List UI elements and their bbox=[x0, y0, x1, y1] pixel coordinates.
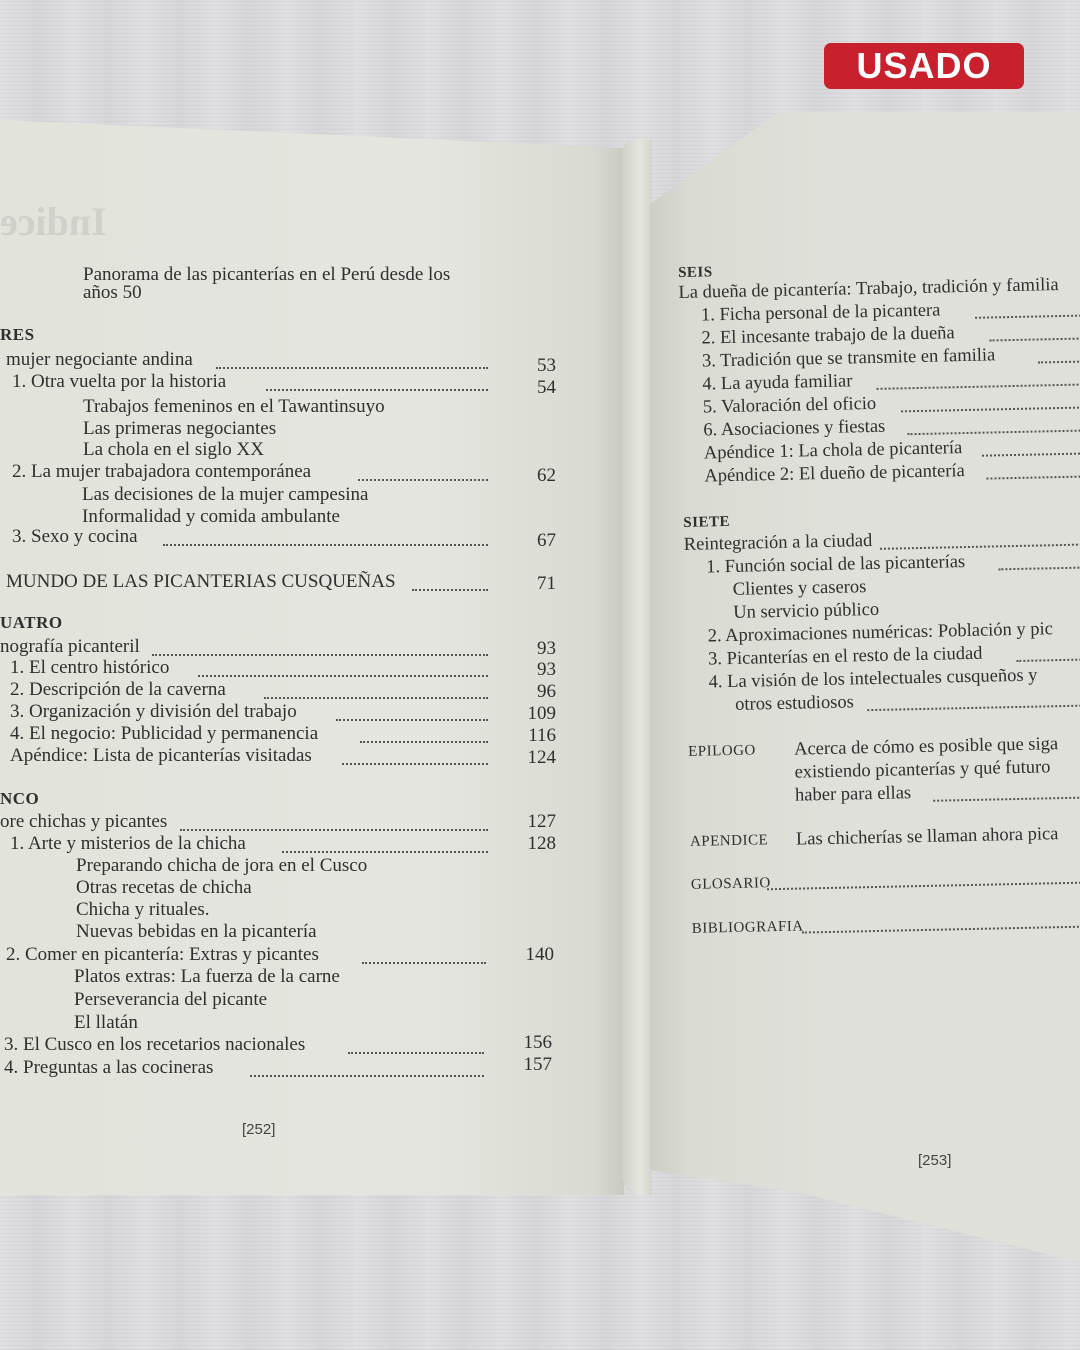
toc-subsection: Las primeras negociantes bbox=[83, 418, 276, 440]
epilogue-label: EPILOGO bbox=[688, 739, 756, 762]
page-number: 93 bbox=[516, 638, 556, 660]
toc-subsection: Preparando chicha de jora en el Cusco bbox=[76, 855, 367, 877]
leader-dots bbox=[362, 962, 486, 964]
toc-section: 2. Descripción de la caverna bbox=[10, 679, 226, 701]
leader-dots bbox=[216, 367, 488, 369]
toc-section: 3. Organización y división del trabajo bbox=[10, 701, 297, 723]
leader-dots bbox=[266, 389, 488, 391]
page-number: 62 bbox=[516, 465, 556, 487]
glossary-label: GLOSARIO bbox=[691, 872, 771, 896]
appendix-label: APENDICE bbox=[690, 829, 769, 853]
page-number: 53 bbox=[516, 355, 556, 377]
chapter-title: ore chichas y picantes bbox=[0, 811, 167, 833]
toc-subsection: Otras recetas de chicha bbox=[76, 877, 252, 899]
leader-dots bbox=[342, 763, 488, 765]
page-number: 71 bbox=[516, 573, 556, 595]
toc-subsection: Las decisiones de la mujer campesina bbox=[82, 484, 368, 506]
toc-subsection: El llatán bbox=[74, 1012, 138, 1034]
page-number: 156 bbox=[512, 1032, 552, 1054]
chapter-heading: RES bbox=[0, 324, 35, 346]
toc-section: 4. La ayuda familiar bbox=[702, 370, 852, 395]
page-number: 128 bbox=[516, 833, 556, 855]
leader-dots bbox=[264, 697, 488, 699]
right-page-toc: SEIS La dueña de picantería: Trabajo, tr… bbox=[678, 260, 1080, 1168]
toc-subsection: Informalidad y comida ambulante bbox=[82, 506, 340, 528]
leader-dots bbox=[975, 314, 1080, 318]
page-number: 116 bbox=[516, 725, 556, 747]
chapter-heading: SIETE bbox=[683, 511, 730, 534]
toc-subsection: otros estudiosos bbox=[735, 691, 854, 715]
toc-section: 3. El Cusco en los recetarios nacionales bbox=[4, 1034, 305, 1056]
leader-dots bbox=[152, 654, 488, 656]
leader-dots bbox=[908, 429, 1080, 435]
page-number: 93 bbox=[516, 659, 556, 681]
page-number: 96 bbox=[516, 681, 556, 703]
page-number: 140 bbox=[514, 944, 554, 966]
leader-dots bbox=[163, 544, 488, 546]
leader-dots bbox=[998, 566, 1080, 570]
toc-section: 2. Comer en picantería: Extras y picante… bbox=[6, 944, 319, 966]
page-number: 54 bbox=[516, 377, 556, 399]
leader-dots bbox=[282, 851, 488, 853]
leader-dots bbox=[767, 881, 1080, 890]
leader-dots bbox=[336, 719, 488, 721]
leader-dots bbox=[180, 829, 488, 831]
leader-dots bbox=[982, 452, 1080, 456]
leader-dots bbox=[901, 406, 1080, 412]
leader-dots bbox=[1038, 360, 1080, 363]
leader-dots bbox=[412, 589, 488, 591]
toc-section: 1. Función social de las picanterías bbox=[706, 551, 965, 578]
page-number: 67 bbox=[516, 530, 556, 552]
leader-dots bbox=[250, 1075, 484, 1077]
page-number: 127 bbox=[516, 811, 556, 833]
toc-subsection: La chola en el siglo XX bbox=[83, 439, 264, 461]
leader-dots bbox=[360, 741, 488, 743]
page-number: 157 bbox=[512, 1054, 552, 1076]
toc-subsection: Un servicio público bbox=[733, 599, 879, 624]
book-gutter bbox=[622, 140, 652, 1195]
toc-subsection: Perseverancia del picante bbox=[74, 989, 267, 1011]
page-number: 124 bbox=[516, 747, 556, 769]
chapter-title: mujer negociante andina bbox=[6, 349, 193, 371]
toc-section: 2. La mujer trabajadora contemporánea bbox=[12, 461, 311, 483]
toc-line: Las chicherías se llaman ahora pica bbox=[796, 823, 1059, 850]
leader-dots bbox=[986, 475, 1080, 479]
toc-section: 3. Sexo y cocina bbox=[12, 526, 138, 548]
chapter-heading: UATRO bbox=[0, 612, 63, 634]
toc-subsection: Platos extras: La fuerza de la carne bbox=[74, 966, 340, 988]
chapter-title: MUNDO DE LAS PICANTERIAS CUSQUEÑAS bbox=[6, 571, 396, 593]
used-condition-badge: USADO bbox=[824, 43, 1024, 89]
toc-line: existiendo picanterías y qué futuro bbox=[794, 756, 1050, 783]
toc-section: Apéndice: Lista de picanterías visitadas bbox=[10, 745, 312, 767]
toc-section: 4. Preguntas a las cocineras bbox=[4, 1057, 213, 1079]
leader-dots bbox=[880, 543, 1080, 549]
page-folio: [252] bbox=[242, 1119, 275, 1141]
leader-dots bbox=[990, 337, 1080, 341]
leader-dots bbox=[1016, 658, 1080, 662]
toc-subsection: Trabajos femeninos en el Tawantinsuyo bbox=[83, 396, 385, 418]
chapter-heading: NCO bbox=[0, 788, 39, 810]
chapter-title: Reintegración a la ciudad bbox=[684, 530, 873, 556]
leader-dots bbox=[867, 704, 1080, 711]
leader-dots bbox=[348, 1052, 484, 1054]
chapter-title: La dueña de picantería: Trabajo, tradici… bbox=[678, 274, 1059, 304]
toc-section: 1. Otra vuelta por la historia bbox=[12, 371, 226, 393]
toc-line: haber para ellas bbox=[795, 782, 912, 806]
toc-section: Apéndice 2: El dueño de picantería bbox=[704, 460, 965, 487]
left-page-toc: Panorama de las picanterías en el Perú d… bbox=[0, 0, 624, 1350]
toc-section: 5. Valoración del oficio bbox=[703, 393, 877, 419]
toc-section: 3. Tradición que se transmite en familia bbox=[702, 344, 996, 372]
toc-section: 6. Asociaciones y fiestas bbox=[703, 416, 885, 442]
leader-dots bbox=[933, 796, 1080, 801]
chapter-title: nografía picanteril bbox=[0, 636, 140, 658]
toc-subsection: Chicha y rituales. bbox=[76, 899, 210, 921]
leader-dots bbox=[198, 675, 488, 677]
page-folio: [253] bbox=[918, 1152, 951, 1169]
leader-dots bbox=[877, 383, 1080, 389]
bibliography-label: BIBLIOGRAFIA bbox=[692, 916, 804, 940]
toc-section: 1. Arte y misterios de la chicha bbox=[10, 833, 246, 855]
toc-section: 1. El centro histórico bbox=[10, 657, 169, 679]
toc-line: años 50 bbox=[83, 282, 142, 304]
toc-subsection: Clientes y caseros bbox=[733, 576, 867, 601]
toc-section: 4. El negocio: Publicidad y permanencia bbox=[10, 723, 318, 745]
leader-dots bbox=[802, 925, 1080, 933]
page-number: 109 bbox=[516, 703, 556, 725]
leader-dots bbox=[358, 479, 488, 481]
toc-subsection: Nuevas bebidas en la picantería bbox=[76, 921, 317, 943]
